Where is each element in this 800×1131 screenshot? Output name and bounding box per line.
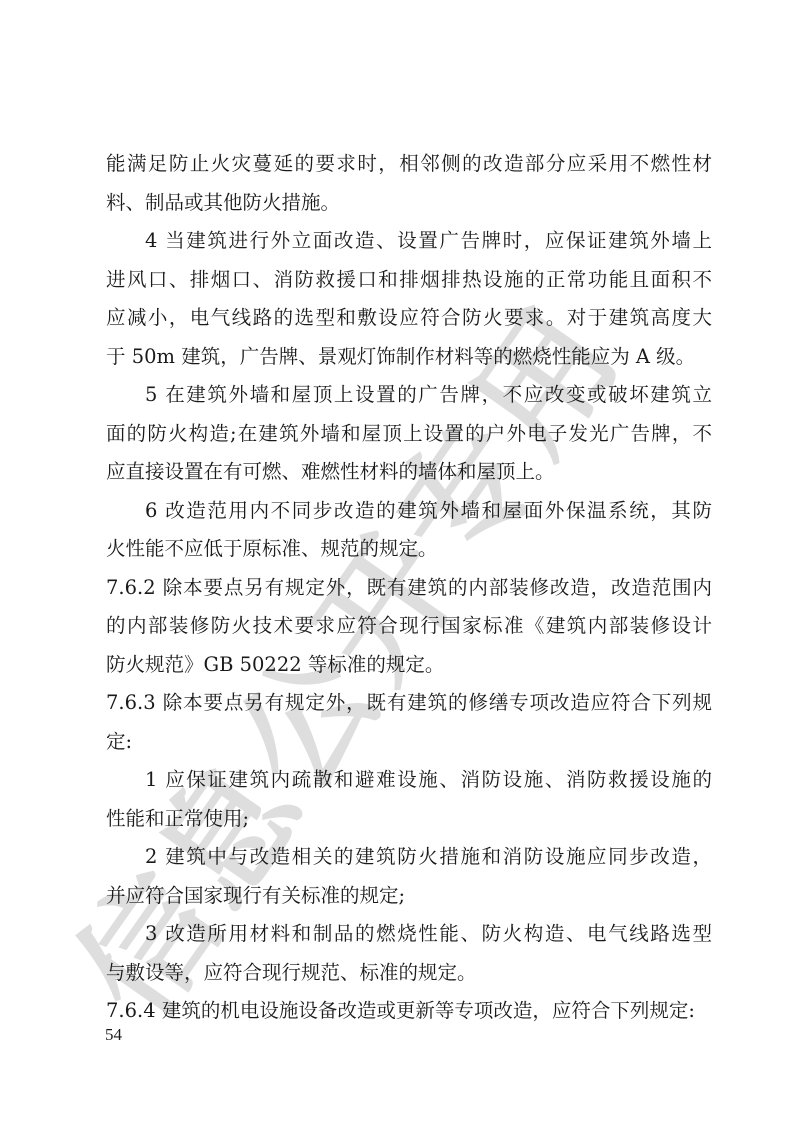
- text-line: 能满足防止火灾蔓延的要求时，相邻侧的改造部分应采用不燃性材: [106, 145, 712, 184]
- page-body: 能满足防止火灾蔓延的要求时，相邻侧的改造部分应采用不燃性材 料、制品或其他防火措…: [106, 145, 712, 1031]
- text-line: 5 在建筑外墙和屋顶上设置的广告牌，不应改变或破坏建筑立: [106, 376, 712, 415]
- text-line: 火性能不应低于原标准、规范的规定。: [106, 530, 712, 569]
- text-line: 防火规范》GB 50222 等标准的规定。: [106, 646, 712, 685]
- page-number: 54: [105, 1025, 122, 1045]
- text-line: 性能和正常使用;: [106, 800, 712, 839]
- text-line: 料、制品或其他防火措施。: [106, 184, 712, 223]
- text-line: 的内部装修防火技术要求应符合现行国家标准《建筑内部装修设计: [106, 607, 712, 646]
- clause-heading-7-6-3: 7.6.3 除本要点另有规定外，既有建筑的修缮专项改造应符合下列规: [106, 684, 712, 723]
- text-line: 1 应保证建筑内疏散和避难设施、消防设施、消防救援设施的: [106, 761, 712, 800]
- document-page: 信息公开专用 能满足防止火灾蔓延的要求时，相邻侧的改造部分应采用不燃性材 料、制…: [0, 0, 800, 1131]
- text-line: 应直接设置在有可燃、难燃性材料的墙体和屋顶上。: [106, 453, 712, 492]
- text-line: 应减小，电气线路的选型和敷设应符合防火要求。对于建筑高度大: [106, 299, 712, 338]
- clause-heading-7-6-4: 7.6.4 建筑的机电设施设备改造或更新等专项改造，应符合下列规定:: [106, 992, 712, 1031]
- text-line: 4 当建筑进行外立面改造、设置广告牌时，应保证建筑外墙上: [106, 222, 712, 261]
- text-line: 进风口、排烟口、消防救援口和排烟排热设施的正常功能且面积不: [106, 261, 712, 300]
- text-line: 2 建筑中与改造相关的建筑防火措施和消防设施应同步改造，: [106, 838, 712, 877]
- text-line: 3 改造所用材料和制品的燃烧性能、防火构造、电气线路选型: [106, 915, 712, 954]
- clause-heading-7-6-2: 7.6.2 除本要点另有规定外，既有建筑的内部装修改造，改造范围内: [106, 569, 712, 608]
- text-line: 定:: [106, 723, 712, 762]
- text-line: 与敷设等，应符合现行规范、标准的规定。: [106, 954, 712, 993]
- text-line: 于 50m 建筑，广告牌、景观灯饰制作材料等的燃烧性能应为 A 级。: [106, 338, 712, 377]
- text-line: 面的防火构造;在建筑外墙和屋顶上设置的户外电子发光广告牌，不: [106, 415, 712, 454]
- text-line: 并应符合国家现行有关标准的规定;: [106, 877, 712, 916]
- text-line: 6 改造范用内不同步改造的建筑外墙和屋面外保温系统，其防: [106, 492, 712, 531]
